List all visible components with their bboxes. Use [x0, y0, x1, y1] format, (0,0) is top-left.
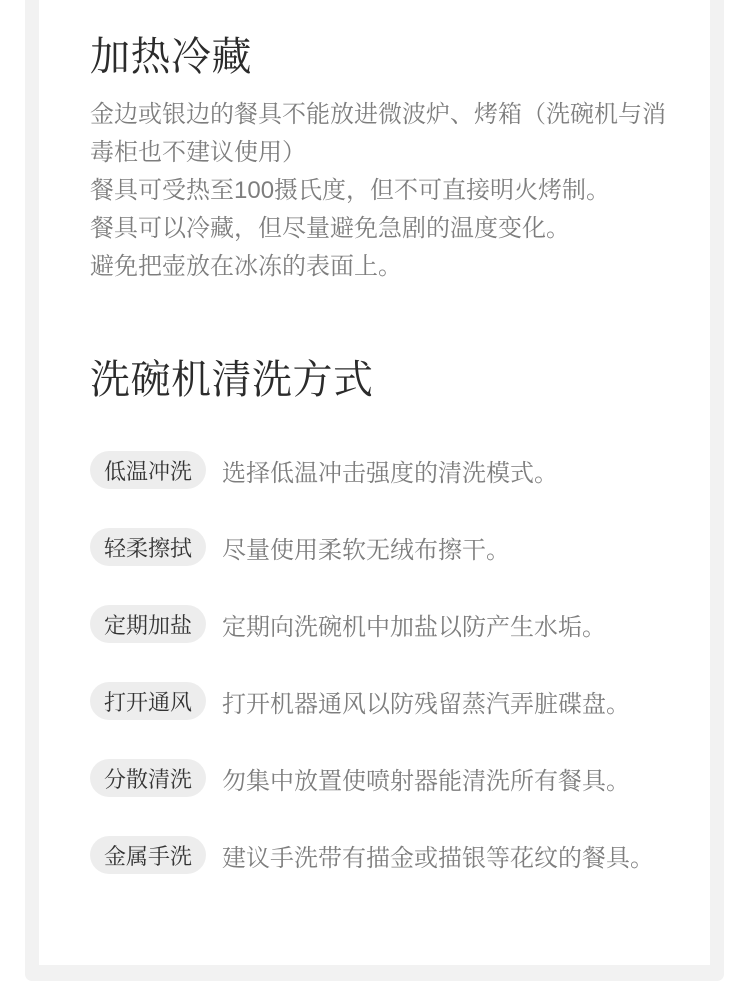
section-title-heating: 加热冷藏: [90, 0, 672, 79]
tip-tag-pill: 低温冲洗: [90, 451, 206, 489]
paragraph-line: 餐具可以冷藏，但尽量避免急剧的温度变化。: [90, 210, 672, 248]
care-tip-row: 轻柔擦拭 尽量使用柔软无绒布擦干。: [90, 528, 672, 566]
tip-tag-pill: 金属手洗: [90, 836, 206, 874]
content-frame: 加热冷藏 金边或银边的餐具不能放进微波炉、烤箱（洗碗机与消 毒柜也不建议使用） …: [25, 0, 724, 981]
tip-description: 定期向洗碗机中加盐以防产生水垢。: [222, 607, 606, 642]
care-tip-row: 分散清洗 勿集中放置使喷射器能清洗所有餐具。: [90, 759, 672, 797]
tip-description: 建议手洗带有描金或描银等花纹的餐具。: [222, 838, 654, 873]
tip-tag-pill: 轻柔擦拭: [90, 528, 206, 566]
care-tip-row: 打开通风 打开机器通风以防残留蒸汽弄脏碟盘。: [90, 682, 672, 720]
tip-description: 选择低温冲击强度的清洗模式。: [222, 453, 558, 488]
paragraph-line: 餐具可受热至100摄氏度，但不可直接明火烤制。: [90, 172, 672, 210]
tip-description: 打开机器通风以防残留蒸汽弄脏碟盘。: [222, 684, 630, 719]
paragraph-line: 金边或银边的餐具不能放进微波炉、烤箱（洗碗机与消: [90, 96, 672, 134]
paragraph-line: 毒柜也不建议使用）: [90, 134, 672, 172]
tip-tag-pill: 打开通风: [90, 682, 206, 720]
care-tip-row: 低温冲洗 选择低温冲击强度的清洗模式。: [90, 451, 672, 489]
tip-description: 勿集中放置使喷射器能清洗所有餐具。: [222, 761, 630, 796]
tip-description: 尽量使用柔软无绒布擦干。: [222, 530, 510, 565]
tip-tag-pill: 定期加盐: [90, 605, 206, 643]
care-tips-list: 低温冲洗 选择低温冲击强度的清洗模式。 轻柔擦拭 尽量使用柔软无绒布擦干。 定期…: [90, 402, 672, 874]
paragraph-line: 避免把壶放在冰冻的表面上。: [90, 248, 672, 286]
care-tip-row: 定期加盐 定期向洗碗机中加盐以防产生水垢。: [90, 605, 672, 643]
heating-care-paragraph: 金边或银边的餐具不能放进微波炉、烤箱（洗碗机与消 毒柜也不建议使用） 餐具可受热…: [90, 79, 672, 286]
section-title-dishwasher: 洗碗机清洗方式: [90, 286, 672, 402]
content-card: 加热冷藏 金边或银边的餐具不能放进微波炉、烤箱（洗碗机与消 毒柜也不建议使用） …: [39, 0, 710, 965]
tip-tag-pill: 分散清洗: [90, 759, 206, 797]
care-tip-row: 金属手洗 建议手洗带有描金或描银等花纹的餐具。: [90, 836, 672, 874]
